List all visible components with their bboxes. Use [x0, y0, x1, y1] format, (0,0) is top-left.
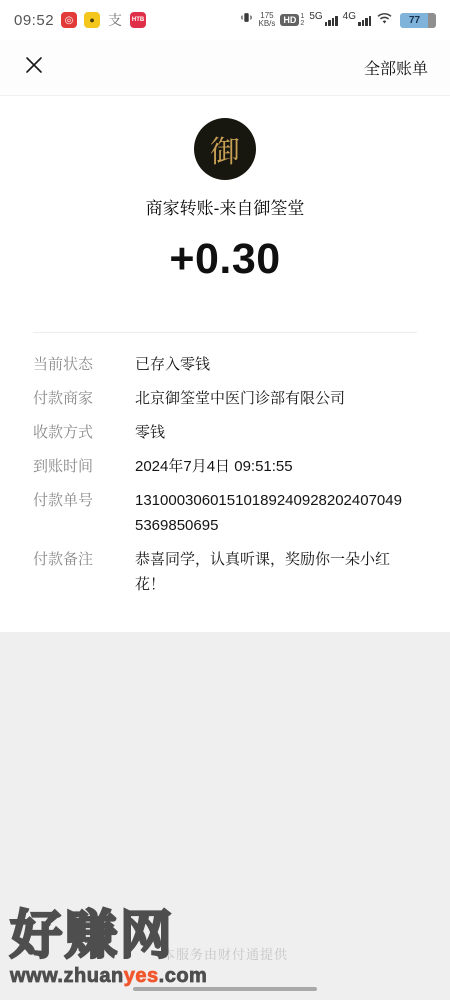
detail-label: 付款备注	[33, 547, 135, 597]
yellow-app-icon: ●	[84, 12, 100, 28]
watermark-url: www.zhuanyes.com	[10, 965, 207, 988]
detail-value: 2024年7月4日 09:51:55	[135, 454, 407, 479]
detail-row-arrival-time: 到账时间 2024年7月4日 09:51:55	[33, 454, 417, 479]
watermark-title: 好赚网	[10, 912, 207, 961]
vibrate-icon	[239, 10, 254, 30]
merchant-logo-char: 御	[210, 127, 240, 171]
signal-bars-icon	[358, 15, 371, 26]
detail-row-remark: 付款备注 恭喜同学，认真听课，奖励你一朵小红花！	[33, 547, 417, 597]
detail-label: 付款商家	[33, 386, 135, 411]
signal-bars-icon	[325, 15, 338, 26]
detail-label: 收款方式	[33, 420, 135, 445]
wifi-icon	[376, 11, 393, 30]
all-bills-link[interactable]: 全部账单	[364, 56, 428, 79]
status-bar: 09:52 ◎ ● 支 HTB 175 KB/s HD 1 2 5G	[0, 0, 450, 40]
watermark: 好赚网 www.zhuanyes.com	[10, 912, 207, 988]
transaction-title: 商家转账-来自御筌堂	[0, 194, 450, 219]
close-icon	[25, 56, 43, 79]
detail-row-order-number: 付款单号 13100030601510189240928202407049536…	[33, 488, 417, 538]
signal-sim1: 5G	[309, 15, 337, 26]
network-speed: 175 KB/s	[259, 12, 276, 29]
detail-label: 付款单号	[33, 488, 135, 538]
wechat-transfer-detail-screen: 09:52 ◎ ● 支 HTB 175 KB/s HD 1 2 5G	[0, 0, 450, 1000]
detail-row-status: 当前状态 已存入零钱	[33, 352, 417, 377]
close-button[interactable]	[22, 56, 46, 80]
detail-value: 零钱	[135, 420, 407, 445]
detail-value: 恭喜同学，认真听课，奖励你一朵小红花！	[135, 547, 407, 597]
signal-sim2: 4G	[343, 15, 371, 26]
alipay-zhi-icon: 支	[107, 12, 123, 28]
home-indicator-bar[interactable]	[133, 987, 317, 991]
red-badge-app-icon: HTB	[130, 12, 146, 28]
detail-value: 已存入零钱	[135, 352, 407, 377]
transaction-summary: 御 商家转账-来自御筌堂 +0.30	[0, 96, 450, 284]
detail-value: 1310003060151018924092820240704953698506…	[135, 488, 407, 538]
volte-hd-indicator: HD 1 2	[280, 13, 304, 27]
transaction-amount: +0.30	[0, 235, 450, 284]
detail-label: 当前状态	[33, 352, 135, 377]
red-spiral-app-icon: ◎	[61, 12, 77, 28]
detail-row-merchant: 付款商家 北京御筌堂中医门诊部有限公司	[33, 386, 417, 411]
section-divider	[33, 332, 417, 333]
bottom-panel: 本服务由财付通提供 好赚网 www.zhuanyes.com	[0, 632, 450, 1000]
detail-label: 到账时间	[33, 454, 135, 479]
clock: 09:52	[14, 12, 54, 29]
merchant-avatar: 御	[194, 118, 256, 180]
transaction-details: 当前状态 已存入零钱 付款商家 北京御筌堂中医门诊部有限公司 收款方式 零钱 到…	[33, 352, 417, 606]
detail-value: 北京御筌堂中医门诊部有限公司	[135, 386, 407, 411]
hd-icon: HD	[280, 14, 299, 26]
detail-row-method: 收款方式 零钱	[33, 420, 417, 445]
navbar: 全部账单	[0, 40, 450, 96]
battery-indicator: 77	[400, 13, 436, 28]
